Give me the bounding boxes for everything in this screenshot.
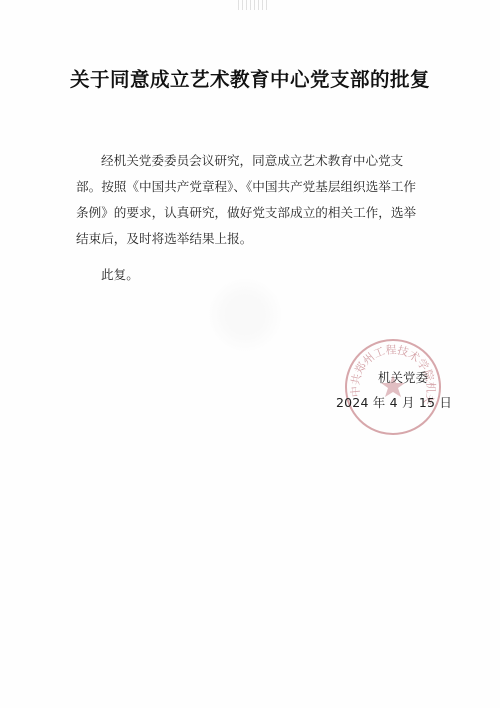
signer-name: 机关党委 xyxy=(378,368,428,386)
body-paragraph: 经机关党委委员会议研究，同意成立艺术教育中心党支部。按照《中国共产党章程》、《中… xyxy=(76,148,426,252)
seal-graphic: 中共郑州工程技术学院机关委员会 xyxy=(343,337,443,437)
document-title: 关于同意成立艺术教育中心党支部的批复 xyxy=(0,64,500,92)
document-date: 2024 年 4 月 15 日 xyxy=(336,393,452,411)
scan-artifact xyxy=(238,0,268,10)
faint-watermark xyxy=(200,270,290,360)
document-body: 经机关党委委员会议研究，同意成立艺术教育中心党支部。按照《中国共产党章程》、《中… xyxy=(76,148,426,252)
document-page: 关于同意成立艺术教育中心党支部的批复 经机关党委委员会议研究，同意成立艺术教育中… xyxy=(0,0,500,708)
official-seal-icon: 中共郑州工程技术学院机关委员会 xyxy=(343,337,443,437)
closing-remark: 此复。 xyxy=(101,264,139,283)
